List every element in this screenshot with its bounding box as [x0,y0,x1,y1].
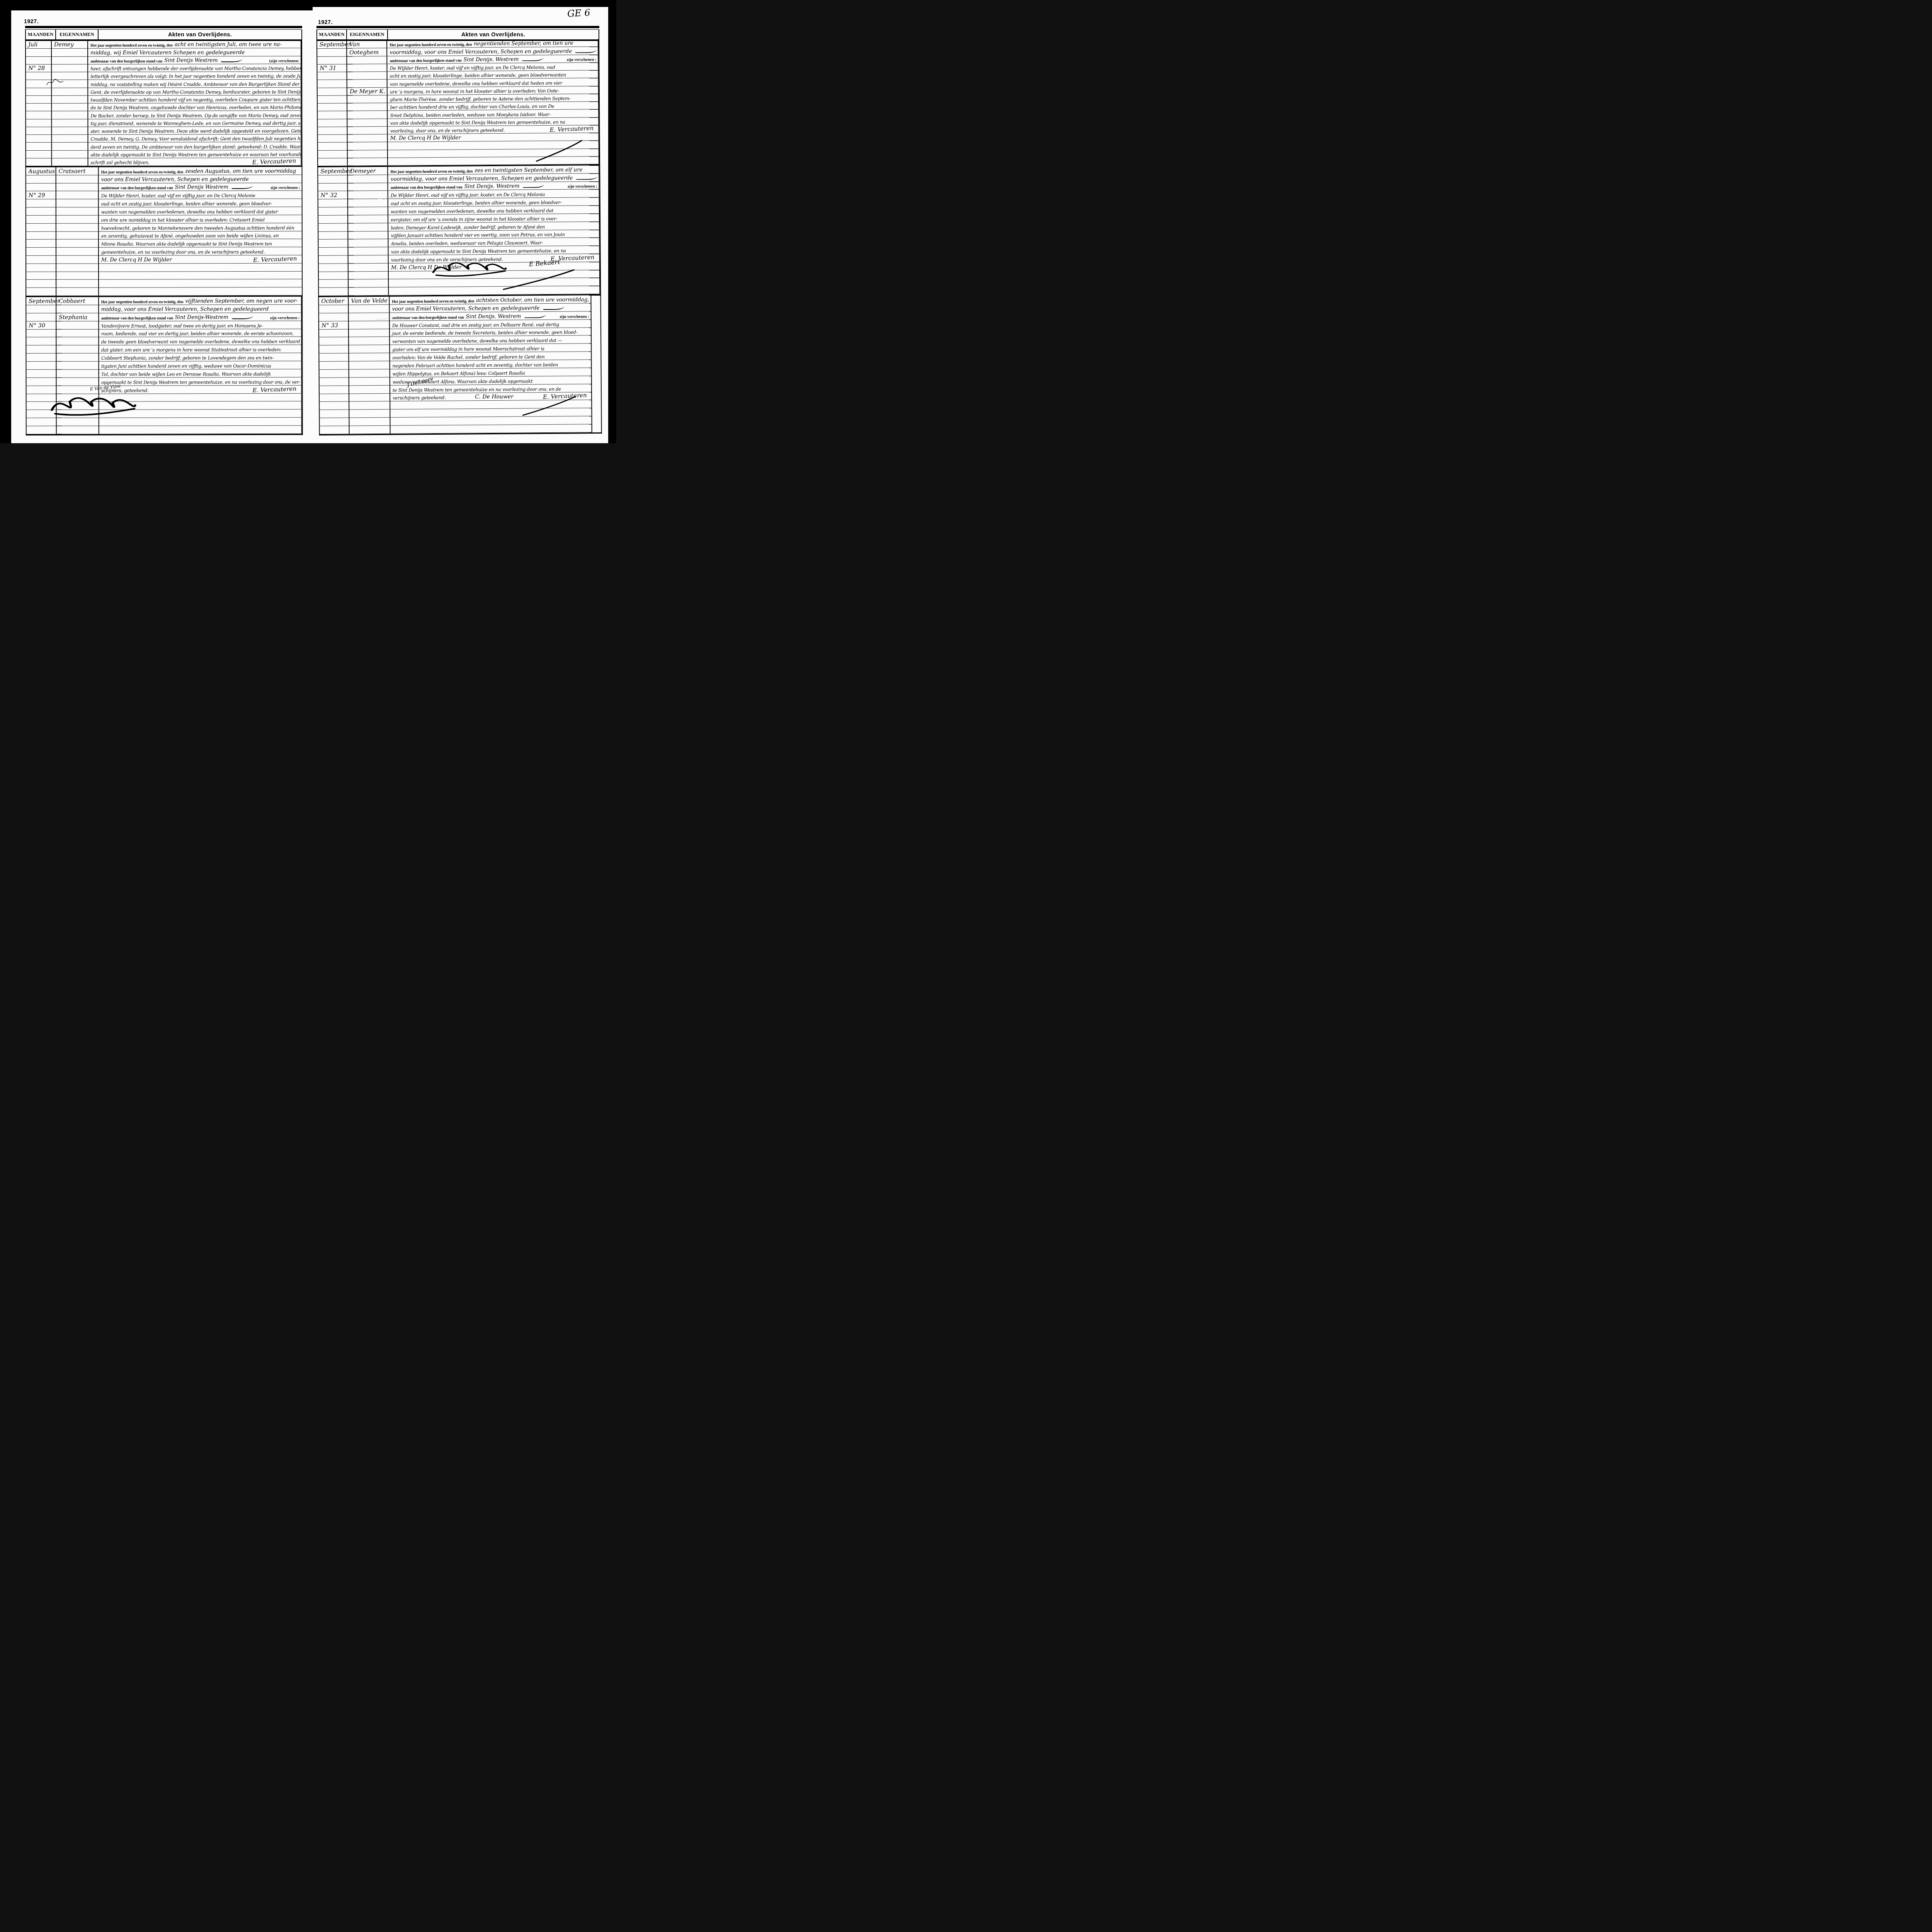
act-line [99,426,301,434]
name-label: Van [349,42,360,48]
names-column: Demey [52,41,88,166]
name-cell [349,313,389,321]
table-header: MAANDEN EIGENNAMEN Akten van Overlijdens… [25,29,302,41]
printed-text: zijn verschenen : [568,185,597,189]
signature: E. Vercauteren [252,158,299,166]
printed-text: ambtenaar van den burgerlijken stand van [90,59,164,63]
name-cell [56,345,98,354]
month-cell [26,104,51,111]
printed-text: ambtenaar van den burgerlijken stand van [390,58,464,63]
name-cell [52,64,87,72]
handwritten-text: achtsten October, om tien ure voormiddag… [476,296,589,303]
handwritten-text: verwanten van nagemelde overledene, dewe… [392,338,562,344]
act-column: Het jaar negentien honderd zeven en twin… [389,295,592,434]
month-cell [26,49,51,56]
act-line: Cobbaert Stephania, zonder bedrijf, gebo… [99,353,301,362]
month-cell [26,88,51,95]
name-cell [56,248,98,256]
name-cell [347,95,387,104]
name-cell [57,418,99,426]
act-line: ambtenaar van den burgerlijken stand van… [99,313,301,321]
handwritten-text: voorlezing, door ons, en de verschijners… [390,128,505,134]
name-cell [52,56,87,64]
month-column: SeptemberN° 32 [318,167,349,296]
name-cell [347,103,387,111]
handwritten-text: Sint Denijs-Westrem [175,314,228,320]
month-cell: Juli [26,41,51,49]
name-cell [348,158,387,166]
name-cell [349,264,388,272]
handwritten-text: zes en twintigsten September, om elf ure [474,167,582,173]
month-cell: N° 28 [26,65,51,72]
names-column: CobbaertStephania [56,297,99,434]
pen-dash [231,315,253,319]
handwritten-text: Vandevijvere Ernest, loodgieter, oud twe… [101,323,263,328]
name-label: Cratsaert [59,168,86,175]
name-cell [56,183,98,191]
handwritten-text: dat gister, om een ure 's morgens in har… [101,347,281,353]
act-line [99,264,302,272]
act-line [99,410,301,418]
handwritten-text: Sint Denijs. Westrem [464,183,520,190]
printed-text: Het jaar negentien honderd zeven en twin… [392,299,476,304]
month-cell [26,240,57,248]
name-cell [348,142,387,150]
pen-dash [575,49,597,53]
month-cell [319,305,348,313]
act-line: letterlijk overgeschreven als volgt: In … [88,72,301,80]
handwritten-text: twaalfden November achttien honderd vijf… [90,97,301,103]
month-cell [26,127,51,135]
name-cell [52,111,87,119]
name-cell [57,410,99,418]
name-cell [349,410,390,418]
name-cell [348,191,388,199]
year-label: 1927. [318,19,333,25]
names-column: Demeyer [348,167,389,296]
handwritten-text: oud acht en zestig jaar, kloosterlinge, … [101,201,272,207]
name-cell: Van de Velde [349,297,389,305]
pen-dash [524,314,546,318]
month-cell [319,354,348,362]
month-label: September [320,42,351,48]
name-cell [56,329,98,337]
name-cell [348,150,387,158]
name-cell [349,271,388,279]
name-cell: Demeyer [348,167,387,175]
printed-text: ambtenaar van den burgerlijken stand van [101,316,175,320]
name-cell [349,393,390,402]
act-line: ambtenaar van den burgerlijken stand van… [99,183,302,191]
handwritten-text: voormiddag, voor ons Emiel Vercauteren, … [391,175,573,182]
register-entry: JuliN° 28DemeyHet jaar negentien honderd… [25,41,303,167]
handwritten-text: van nagemelde overledene, dewelke ons he… [390,80,562,87]
printed-text: zijn verschenen : [270,316,300,320]
name-cell [56,288,98,296]
register-entry: OctoberN° 33Van de VeldeHet jaar negenti… [318,295,602,435]
act-column: Het jaar negentien honderd zeven en twin… [99,167,302,296]
name-cell: Cobbaert [56,297,98,305]
act-line: schijners, geteekend.E. Vercauteren [99,385,301,394]
act-line [99,271,302,280]
name-cell [52,150,87,158]
name-cell [52,143,87,150]
act-line: derd zeven en twintig. De ambtenaar van … [88,142,301,150]
name-label: Cobbaert [59,298,85,304]
act-line: room, bediende, oud vier en dertig jaar,… [99,329,301,337]
name-cell [347,127,387,135]
month-cell [320,410,349,418]
name-label: Demeyer [350,168,376,174]
column-header-eigennamen: EIGENNAMEN [347,30,388,39]
month-cell [26,272,57,280]
handwritten-text: van akte dadelijk opgemaakt te Sint Deni… [391,248,566,255]
printed-text: Het jaar negentien honderd zeven en twin… [391,169,475,174]
name-cell [56,337,98,345]
act-column: Het jaar negentien honderd zeven en twin… [388,165,600,296]
month-cell: Augustus [26,167,57,175]
signature: E. Vercauteren [253,255,300,264]
act-line: de tweede geen bloedverwant van nagemeld… [99,337,301,345]
act-line: de te Sint Denijs Westrem, ongehuwde doc… [88,103,301,111]
month-cell [26,288,57,296]
month-cell [26,72,51,80]
act-line: Tol, dochter van beide wijlen Leo en Der… [99,369,301,378]
month-cell [320,394,349,402]
signature: E. Vercauteren [550,125,597,133]
printed-text: (zijn verschenen: [269,59,299,63]
act-line: De Backer, zonder beroep, te Sint Denijs… [88,111,301,119]
name-cell [57,426,99,434]
name-cell [349,247,388,255]
handwritten-text: room, bediende, oud vier en dertig jaar,… [101,331,294,337]
handwritten-text: acht en twintigsten Juli, om twee ure na… [175,41,282,48]
name-cell [349,353,389,362]
month-cell [26,183,57,191]
name-cell [56,240,98,248]
month-cell: N° 33 [319,321,348,329]
act-column: Het jaar negentien honderd zeven en twin… [99,297,302,434]
month-cell [26,216,57,224]
month-column: OctoberN° 33 [319,297,349,434]
act-line: Vandevijvere Ernest, loodgieter, oud twe… [99,321,301,329]
act-line: oud acht en zestig jaar, kloosterlinge, … [99,199,302,207]
handwritten-text: opgemaakt te Sint Denijs Westrem ten gem… [101,379,300,385]
month-cell [320,402,349,410]
act-column: Het jaar negentien honderd zeven en twin… [88,41,302,166]
handwritten-text: oud acht en zestig jaar, kloosterlinge, … [391,200,561,206]
printed-text: ambtenaar van den burgerlijken stand van [392,315,466,320]
act-number: N° 33 [321,322,338,328]
pen-dash [543,306,565,310]
month-cell [319,329,348,337]
name-cell [348,199,388,207]
month-cell [26,80,51,88]
handwritten-text: Minne Rosalia. Waarvan akte dadelijk opg… [101,241,272,247]
handwritten-text: Tol, dochter van beide wijlen Leo en Der… [101,371,271,377]
month-cell [320,426,349,434]
month-cell [26,248,57,256]
month-cell [320,386,349,394]
handwritten-text: De Backer, zonder beroep, te Sint Denijs… [90,112,301,118]
handwritten-text: negenden Februari achttien honderd acht … [393,362,558,369]
month-cell [26,96,51,104]
name-cell [347,119,387,127]
handwritten-text: derd zeven en twintig. De ambtenaar van … [91,144,301,150]
name-cell [52,88,87,95]
handwritten-text: Gent, de overlijdensakte op van Martha-C… [90,89,301,95]
name-cell [348,231,388,239]
name-label: Van de Velde [351,298,388,304]
name-cell [349,287,388,296]
name-cell [52,158,87,166]
handwritten-text: om drie ure namiddag in het klooster alh… [101,217,265,223]
register-entry: SeptemberN° 31VanOoteghemDe Meyer K.Het … [316,39,600,167]
name-cell [56,370,98,378]
entries-right: SeptemberN° 31VanOoteghemDe Meyer K.Het … [316,39,602,435]
name-cell [56,191,98,199]
printed-text: zijn verschenen : [560,315,589,319]
name-cell [349,255,388,264]
month-cell [320,362,349,370]
name-cell [56,231,98,240]
handwritten-text: akte dadelijk opgemaakt te Sint Denijs W… [91,151,301,157]
month-cell [26,119,51,127]
name-cell [348,175,387,183]
handwritten-text: ghem Marie-Thérèse, zonder bedrijf, gebo… [390,96,571,102]
handwritten-text: negentienden September, om tien ure [474,40,573,47]
name-label: Stephania [59,314,87,320]
printed-text: Het jaar negentien honderd zeven en twin… [101,300,185,304]
act-number: N° 29 [29,192,45,199]
handwritten-text: M. De Clercq H De Wijlder [101,257,172,263]
name-cell [56,280,98,288]
act-line: Gent, de overlijdensakte op van Martha-C… [88,87,301,95]
name-cell [57,378,99,386]
name-cell [348,239,388,247]
name-cell [348,207,388,215]
name-cell [56,354,98,362]
act-line [391,424,592,434]
act-line: Minne Rosalia. Waarvan akte dadelijk opg… [99,239,302,248]
handwritten-text: De Wijlder Henri, oud vijf en vijftig ja… [391,192,545,198]
act-line: schrift zal gehecht blijven.E. Vercauter… [88,158,301,166]
name-cell [350,426,390,434]
handwritten-text: M. De Clercq H De Wijlder [391,264,462,270]
handwritten-text: Cnudde, M. Demey, G. Demey. Voor eenslui… [90,136,301,142]
handwritten-text: acht en zestig jaar, kloosterlinge, beid… [390,72,566,79]
name-cell [348,134,387,143]
name-cell [52,72,87,80]
names-column: Van de Velde [349,297,390,434]
name-cell [349,279,388,287]
name-cell [56,272,98,280]
act-line: Cnudde, M. Demey, G. Demey. Voor eenslui… [88,134,301,143]
name-cell [347,56,386,64]
month-label: Juli [28,42,37,48]
month-cell [26,56,51,64]
month-cell [26,143,51,150]
printed-text: zijn verschenen : [567,58,597,62]
pen-dash [576,175,597,180]
act-line: en zeventig, gehuisvest te Afsné, ongehu… [99,231,302,240]
handwritten-text: overleden: Van de Velde Rachel, zonder b… [392,354,544,361]
handwritten-text: leden: Demeyer Karel-Lodewijk, zonder be… [391,224,545,231]
handwritten-text: gister om elf ure voormiddag in hare woo… [392,346,544,352]
handwritten-text: De Wijlder Henri, koster, oud vijf en vi… [390,65,555,71]
archive-code-annotation: GE 6 [567,7,591,19]
month-cell [26,175,57,184]
act-line: om drie ure namiddag in het klooster alh… [99,215,302,224]
act-line: akte dadelijk opgemaakt te Sint Denijs W… [88,150,301,158]
name-cell [56,362,98,370]
month-cell [320,378,349,386]
name-cell [349,321,389,329]
handwritten-text: De Wijlder Henri, koster, oud vijf en vi… [101,193,255,199]
handwritten-text: eergister, om elf ure 's avonds in zijne… [391,216,557,223]
name-cell [348,183,387,191]
register-entry: AugustusN° 29CratsaertHet jaar negentien… [26,167,303,297]
name-cell [56,264,98,272]
name-cell [347,80,387,88]
name-cell: Cratsaert [56,167,98,175]
act-number: N° 28 [28,65,45,71]
name-cell: Demey [52,41,87,49]
handwritten-text: jaar, de eerste bediende, de tweede Secr… [392,330,577,336]
column-header-maanden: MAANDEN [26,30,56,39]
handwritten-text: zesden Augustus, om tien ure voormiddag [185,168,296,175]
handwritten-text: voorlezing door ons en de verschijners g… [391,257,503,263]
name-cell [56,223,98,231]
act-line [99,287,302,296]
name-label: Ooteghem [349,49,379,56]
act-line: wanten van nagemelden overledenen, dewel… [99,207,302,216]
name-cell [56,216,98,224]
printed-text: ambtenaar van den burgerlijken stand van [391,185,464,190]
handwritten-text: Sint Denijs Westrem [175,184,228,190]
name-cell [349,385,390,394]
month-column: SeptemberN° 30 [26,297,57,434]
act-line: tigsten Juni achttien honderd zeven en v… [99,361,301,370]
act-number: N° 31 [320,65,336,71]
name-cell [349,361,390,370]
name-cell [57,394,99,402]
register-entry: SeptemberN° 30CobbaertStephaniaHet jaar … [26,297,303,435]
act-number: N° 32 [321,192,337,199]
handwritten-text: Sint Denijs. Westrem [466,313,521,320]
pen-dash [221,58,243,62]
month-cell [26,264,57,272]
handwritten-text: te Sint Denijs Westrem ten gemeentehuize… [393,386,561,393]
column-header-eigennamen: EIGENNAMEN [56,30,99,39]
name-cell [56,207,98,216]
name-cell: Ooteghem [347,48,386,56]
name-cell [57,402,99,410]
table-top-rule [25,26,302,28]
name-cell [347,111,387,119]
handwritten-text: ster, wonende te Sint Denijs Westrem. De… [90,128,301,134]
act-line: Het jaar negentien honderd zeven en twin… [99,297,301,305]
handwritten-text: de te Sint Denijs Westrem, ongehuwde doc… [90,105,301,111]
handwritten-text: voor ons Emiel Vercauteren, Schepen en g… [101,176,249,183]
act-line: voor ons Emiel Vercauteren, Schepen en g… [99,175,302,184]
act-line: middag, wij Emiel Vercauteren Schepen en… [88,48,301,56]
handwritten-text: Smet Delphina, beiden overleden, weduwe … [390,111,551,118]
register-entry: SeptemberN° 32DemeyerHet jaar negentien … [317,165,601,297]
name-cell: De Meyer K. [347,87,387,95]
handwritten-text: tigsten Juni achttien honderd zeven en v… [101,363,271,369]
table-top-rule [316,26,599,28]
act-line [99,393,301,402]
handwritten-text: Sint Denijs Westrem [164,57,218,63]
month-cell [26,158,51,166]
name-cell [52,104,87,111]
act-column: Het jaar negentien honderd zeven en twin… [387,39,599,166]
month-cell [320,418,349,426]
column-header-akten: Akten van Overlijdens. [388,30,599,39]
handwritten-text: hoeveknecht, geboren te Mannekensvere de… [101,225,294,231]
month-cell [319,337,348,345]
name-cell [349,378,390,386]
act-line: M. De Clercq H De WijlderE. Vercauteren [99,255,302,264]
column-header-maanden: MAANDEN [317,30,347,39]
month-cell [26,256,57,264]
handwritten-text: van akte dadelijk opgemaakt te Sint Deni… [390,119,565,126]
name-cell [348,215,388,223]
act-line [99,279,302,288]
month-column: SeptemberN° 31 [317,41,348,166]
handwritten-text: ber achttien honderd drie en vijftig, do… [390,104,554,110]
pen-dash [522,184,544,188]
handwritten-text: letterlijk overgeschreven als volgt: In … [90,73,301,79]
month-cell: October [319,297,348,305]
name-label: De Meyer K. [350,88,385,95]
printed-text: Het jaar negentien honderd zeven en twin… [389,43,474,48]
name-cell: Stephania [56,313,98,321]
month-cell [319,313,348,321]
printed-text: zijn verschenen : [270,186,300,190]
act-line [389,286,600,295]
act-line: twaalfden November achttien honderd vijf… [88,95,301,104]
name-cell [56,305,98,313]
handwritten-text: de tweede geen bloedverwant van nagemeld… [101,339,300,345]
handwritten-text: tig jaar, dienstmeid, wonende te Wannegh… [90,120,301,126]
name-cell [349,329,389,337]
month-column: JuliN° 28 [26,41,52,166]
handwritten-text: wijlen Hippolytus, en Bekaert Alfons) le… [393,370,525,376]
printed-text: Het jaar negentien honderd zeven en twin… [90,44,175,48]
month-label: October [321,298,344,304]
scanned-register-spread: 1927. MAANDEN EIGENNAMEN Akten van Overl… [0,0,616,443]
name-cell [349,418,390,426]
act-line: dat gister, om een ure 's morgens in har… [99,345,301,354]
month-cell: N° 29 [26,191,57,199]
handwritten-text: M. De Clercq H De Wijlder [390,135,461,141]
act-line: ambtenaar van den burgerlijken stand van… [88,56,301,64]
year-label: 1927. [24,18,39,24]
handwritten-text: voormiddag, voor ons Emiel Vercauteren, … [389,48,572,55]
pen-dash [231,185,253,189]
act-line [99,418,301,426]
name-cell [349,337,389,345]
act-line: tig jaar, dienstmeid, wonende te Wannegh… [88,119,301,127]
name-cell [347,72,387,80]
printed-text: Het jaar negentien honderd zeven en twin… [101,170,185,174]
name-cell [52,119,87,127]
signature: E. Vercauteren [543,392,590,401]
month-cell [26,207,57,216]
page-left: 1927. MAANDEN EIGENNAMEN Akten van Overl… [10,10,313,443]
